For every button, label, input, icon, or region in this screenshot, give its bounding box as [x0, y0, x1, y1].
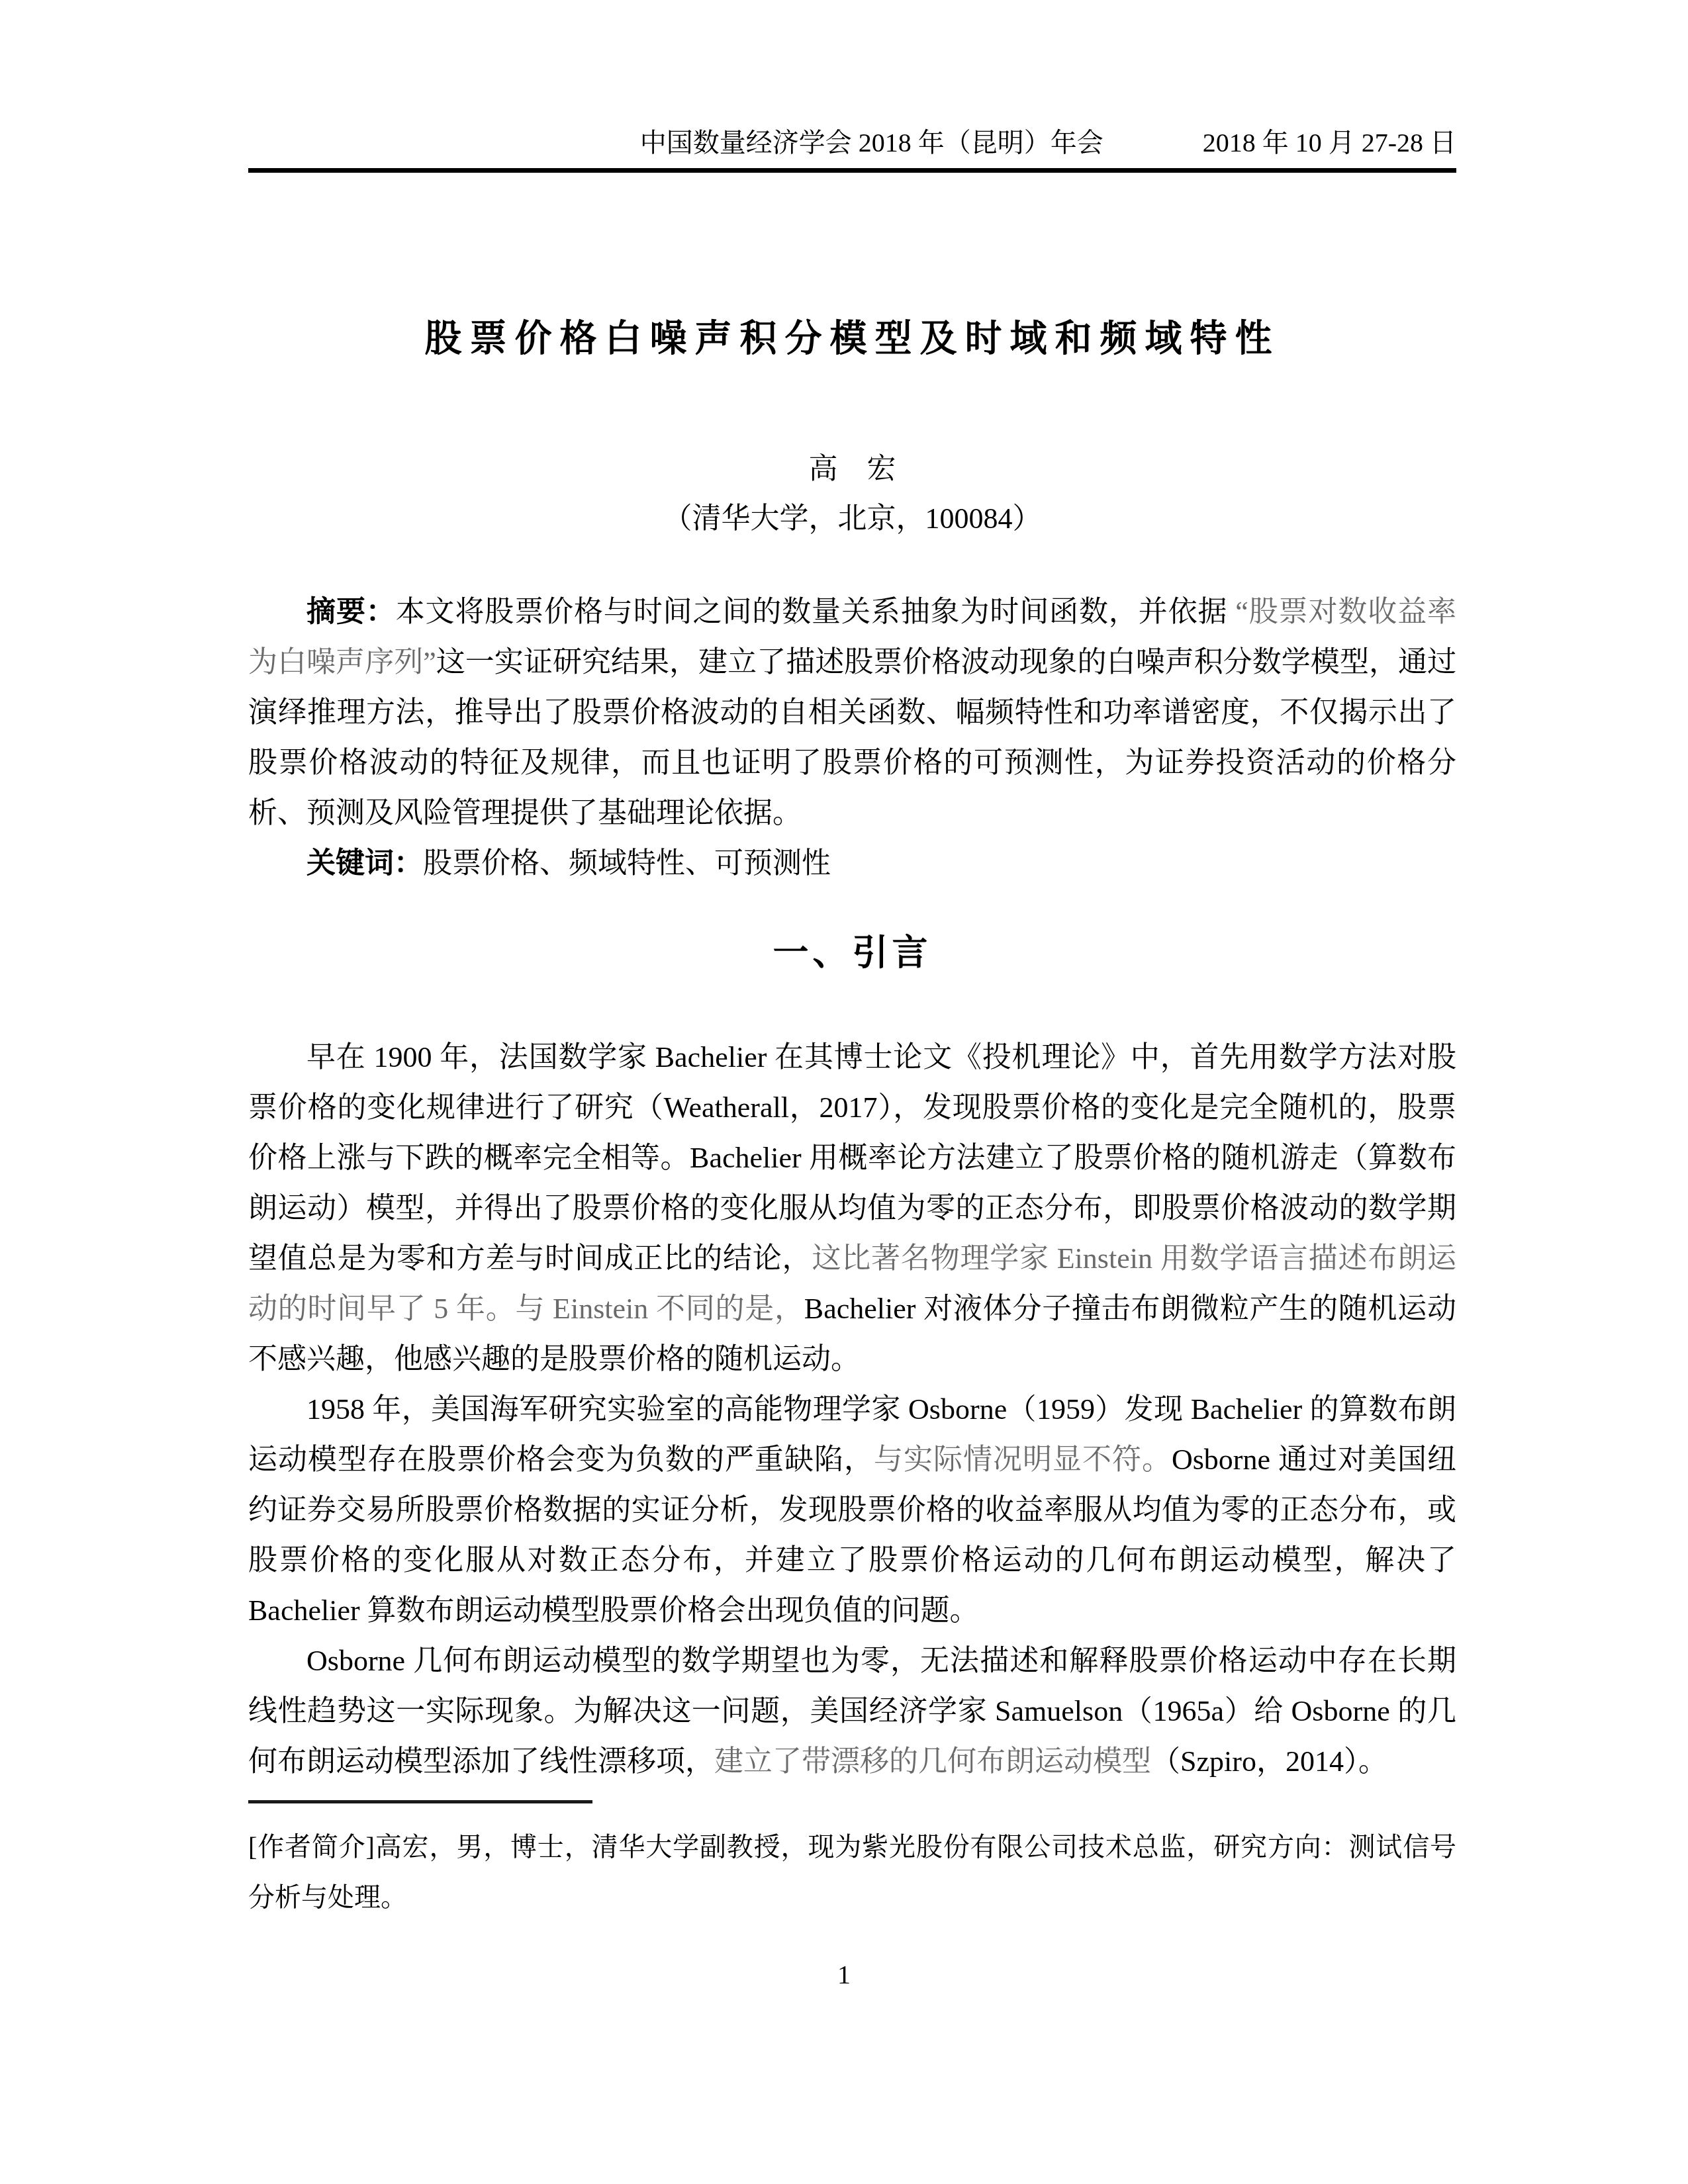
abstract-label: 摘要： — [306, 596, 396, 628]
page-number: 1 — [0, 1959, 1688, 1990]
section-heading-introduction: 一、引言 — [248, 930, 1456, 976]
intro-paragraph-2: 1958 年，美国海军研究实验室的高能物理学家 Osborne（1959）发现 … — [248, 1385, 1456, 1636]
paper-page: 中国数量经济学会 2018 年（昆明）年会2018 年 10 月 27-28 日… — [0, 0, 1688, 2184]
footnote: [作者简介]高宏，男，博士，清华大学副教授，现为紫光股份有限公司技术总监，研究方… — [248, 1800, 1456, 1923]
keywords-line: 关键词：股票价格、频域特性、可预测性 — [248, 839, 1456, 889]
author-name: 高 宏 — [248, 451, 1456, 487]
keywords-text: 股票价格、频域特性、可预测性 — [423, 847, 831, 880]
header-date: 2018 年 10 月 27-28 日 — [1203, 127, 1456, 159]
paper-title: 股票价格白噪声积分模型及时域和频域特性 — [248, 315, 1456, 363]
footnote-text: [作者简介]高宏，男，博士，清华大学副教授，现为紫光股份有限公司技术总监，研究方… — [248, 1822, 1456, 1923]
header-rule — [248, 168, 1456, 173]
author-affiliation: （清华大学，北京，100084） — [248, 500, 1456, 537]
abstract-seg1: 本文将股票价格与时间之间的数量关系抽象为时间函数，并依据 — [396, 596, 1236, 628]
intro-paragraph-3: Osborne 几何布朗运动模型的数学期望也为零，无法描述和解释股票价格运动中存… — [248, 1636, 1456, 1787]
intro-p3-seg2: 建立了带漂移的几何布朗运动模型 — [714, 1745, 1151, 1778]
intro-paragraph-1: 早在 1900 年，法国数学家 Bachelier 在其博士论文《投机理论》中，… — [248, 1032, 1456, 1385]
intro-p3-seg3: （Szpiro，2014）。 — [1151, 1745, 1387, 1778]
intro-p2-seg2: 与实际情况明显不符。 — [874, 1443, 1172, 1476]
footnote-separator — [248, 1800, 592, 1803]
footnote-body: 高宏，男，博士，清华大学副教授，现为紫光股份有限公司技术总监，研究方向：测试信号… — [248, 1832, 1456, 1912]
page-header: 中国数量经济学会 2018 年（昆明）年会2018 年 10 月 27-28 日 — [248, 127, 1456, 168]
footnote-label: [作者简介] — [248, 1832, 375, 1862]
intro-p1-seg1: 早在 1900 年，法国数学家 Bachelier 在其博士论文《投机理论》中，… — [248, 1041, 1456, 1275]
header-conference: 中国数量经济学会 2018 年（昆明）年会 — [640, 127, 1103, 159]
abstract-paragraph: 摘要：本文将股票价格与时间之间的数量关系抽象为时间函数，并依据 “股票对数收益率… — [248, 587, 1456, 839]
keywords-label: 关键词： — [306, 847, 423, 880]
